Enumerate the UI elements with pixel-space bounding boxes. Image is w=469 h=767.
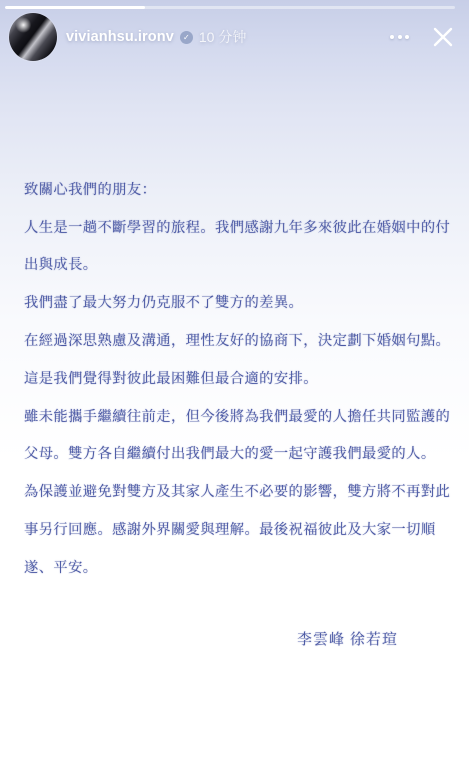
story-timestamp: 10 分钟	[199, 27, 246, 47]
letter-line: 事另行回應。感謝外界關愛與理解。最後祝福彼此及大家一切順	[24, 510, 454, 548]
letter-line: 出與成長。	[24, 246, 454, 284]
letter-line: 父母。雙方各自繼續付出我們最大的愛一起守護我們最愛的人。	[24, 435, 454, 473]
letter-line: 這是我們覺得對彼此最困難但最合適的安排。	[24, 359, 454, 397]
more-options-button[interactable]	[384, 25, 415, 49]
story-view: vivianhsu.ironv ✓ 10 分钟 致關心我們的朋友： 人生是一趟不…	[0, 0, 469, 767]
letter-line: 在經過深思熟慮及溝通，理性友好的協商下，決定劃下婚姻句點。	[24, 321, 454, 359]
close-button[interactable]	[427, 21, 459, 53]
username[interactable]: vivianhsu.ironv	[66, 29, 174, 45]
letter-line: 人生是一趟不斷學習的旅程。我們感謝九年多來彼此在婚姻中的付	[24, 208, 454, 246]
letter-line: 遂、平安。	[24, 548, 454, 586]
story-progress-bar	[5, 6, 455, 9]
letter-body: 致關心我們的朋友： 人生是一趟不斷學習的旅程。我們感謝九年多來彼此在婚姻中的付 …	[24, 170, 454, 586]
letter-line: 雖未能攜手繼續往前走，但今後將為我們最愛的人擔任共同監護的	[24, 397, 454, 435]
close-icon	[431, 25, 455, 49]
avatar[interactable]	[9, 13, 57, 61]
letter-line: 致關心我們的朋友：	[24, 170, 454, 208]
letter-line: 為保護並避免對雙方及其家人產生不必要的影響，雙方將不再對此	[24, 472, 454, 510]
verified-badge-icon: ✓	[180, 31, 193, 44]
more-options-icon	[398, 35, 402, 39]
user-block: vivianhsu.ironv ✓ 10 分钟	[66, 27, 246, 47]
letter-line: 我們盡了最大努力仍克服不了雙方的差異。	[24, 283, 454, 321]
more-options-icon	[390, 35, 394, 39]
story-progress-fill	[5, 6, 145, 9]
more-options-icon	[405, 35, 409, 39]
letter-signature: 李雲峰 徐若瑄	[24, 628, 398, 649]
story-header: vivianhsu.ironv ✓ 10 分钟	[9, 13, 459, 61]
